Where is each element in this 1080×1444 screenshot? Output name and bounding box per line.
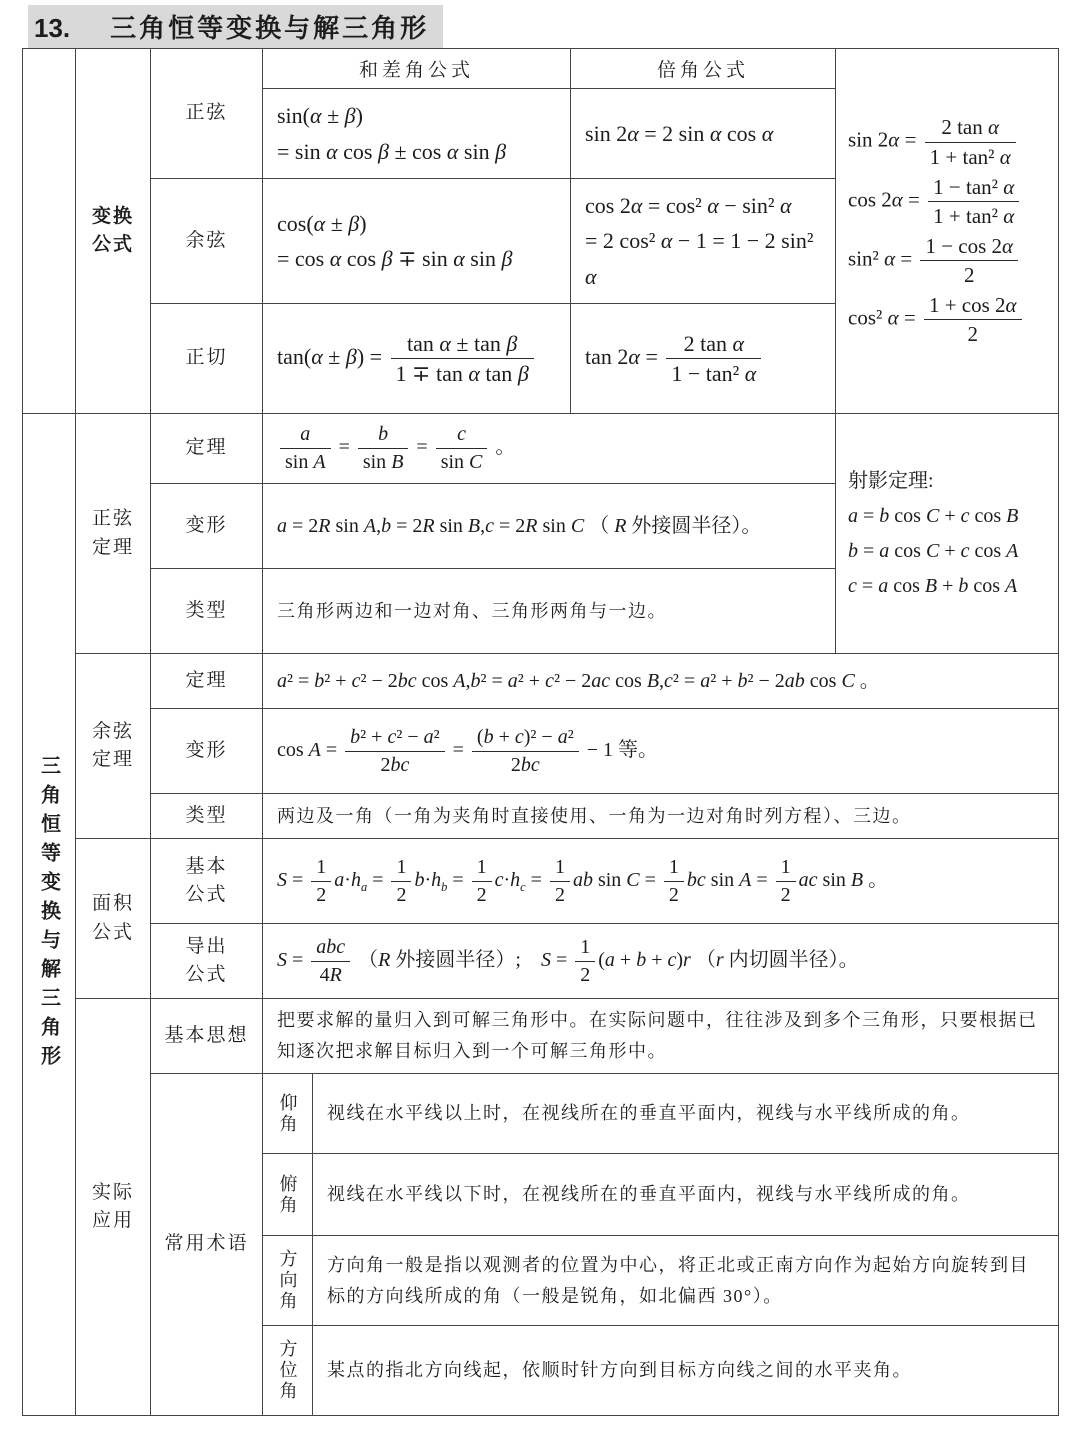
row-label-transform-formulas: 变换 公式 — [76, 49, 151, 414]
cell-elevation-angle-text: 视线在水平线以上时，在视线所在的垂直平面内，视线与水平线所成的角。 — [313, 1074, 1059, 1154]
row-label-area-formulas: 面积 公式 — [76, 839, 151, 999]
side-title-vertical: 三角恒等变换与解三角形 — [23, 414, 76, 1416]
cell-cosine-law-theorem: a² = b² + c² − 2bc cos A,b² = a² + c² − … — [263, 654, 1059, 709]
row-label-basic-idea: 基本思想 — [151, 999, 263, 1074]
row-label-tangent: 正切 — [151, 304, 263, 414]
row-label-practical-application: 实际 应用 — [76, 999, 151, 1416]
cell-cosine-sum-formula: cos(α ± β)= cos α cos β ∓ sin α sin β — [263, 179, 571, 304]
cell-depression-angle-text: 视线在水平线以下时，在视线所在的垂直平面内，视线与水平线所成的角。 — [313, 1154, 1059, 1236]
cell-sine-law-types: 三角形两边和一边对角、三角形两角与一边。 — [263, 569, 836, 654]
cell-projection-theorem: 射影定理:a = b cos C + c cos Bb = a cos C + … — [836, 414, 1059, 654]
term-label-elevation-angle: 仰角 — [263, 1074, 313, 1154]
corner-empty-cell — [23, 49, 76, 414]
row-label-cosine: 余弦 — [151, 179, 263, 304]
cell-sine-law-theorem: asin A = bsin B = csin C 。 — [263, 414, 836, 484]
cell-area-basic-formula: S = 12a·ha = 12b·hb = 12c·hc = 12ab sin … — [263, 839, 1059, 924]
cell-tangent-sum-formula: tan(α ± β) = tan α ± tan β1 ∓ tan α tan … — [263, 304, 571, 414]
row-label-sine-law-variant: 变形 — [151, 484, 263, 569]
term-label-azimuth-angle: 方位角 — [263, 1326, 313, 1416]
formula-table: 变换 公式 正弦 和差角公式 倍角公式 sin 2α = 2 tan α1 + … — [22, 48, 1059, 1416]
row-label-common-terms: 常用术语 — [151, 1074, 263, 1416]
section-title-text: 三角恒等变换与解三角形 — [110, 8, 429, 45]
row-label-sine-law-types: 类型 — [151, 569, 263, 654]
header-double-angle-formulas: 倍角公式 — [571, 49, 836, 89]
term-label-depression-angle: 俯角 — [263, 1154, 313, 1236]
cell-tangent-double-formula: tan 2α = 2 tan α1 − tan² α — [571, 304, 836, 414]
cell-sine-double-formula: sin 2α = 2 sin α cos α — [571, 89, 836, 179]
page: { "page_title": { "number": "13.", "text… — [0, 8, 1080, 1444]
cell-azimuth-angle-text: 某点的指北方向线起，依顺时针方向到目标方向线之间的水平夹角。 — [313, 1326, 1059, 1416]
cell-universal-substitution-formulas: sin 2α = 2 tan α1 + tan² αcos 2α = 1 − t… — [836, 49, 1059, 414]
term-label-direction-angle: 方向角 — [263, 1236, 313, 1326]
header-sum-diff-formulas: 和差角公式 — [263, 49, 571, 89]
row-label-cosine-law-variant: 变形 — [151, 709, 263, 794]
page-title: 13. 三角恒等变换与解三角形 — [28, 8, 1080, 44]
page-title-highlight: 13. 三角恒等变换与解三角形 — [28, 5, 443, 48]
row-label-area-basic: 基本 公式 — [151, 839, 263, 924]
row-label-sine: 正弦 — [151, 49, 263, 179]
cell-cosine-double-formula: cos 2α = cos² α − sin² α= 2 cos² α − 1 =… — [571, 179, 836, 304]
row-label-cosine-law-theorem: 定理 — [151, 654, 263, 709]
cell-direction-angle-text: 方向角一般是指以观测者的位置为中心，将正北或正南方向作为起始方向旋转到目标的方向… — [313, 1236, 1059, 1326]
row-label-sine-law-theorem: 定理 — [151, 414, 263, 484]
section-number: 13. — [34, 13, 70, 44]
cell-cosine-law-variant: cos A = b² + c² − a²2bc = (b + c)² − a²2… — [263, 709, 1059, 794]
cell-sine-law-variant: a = 2R sin A,b = 2R sin B,c = 2R sin C （… — [263, 484, 836, 569]
cell-sine-sum-formula: sin(α ± β)= sin α cos β ± cos α sin β — [263, 89, 571, 179]
row-label-sine-law: 正弦 定理 — [76, 414, 151, 654]
row-label-cosine-law-types: 类型 — [151, 794, 263, 839]
cell-basic-idea-text: 把要求解的量归入到可解三角形中。在实际问题中，往往涉及到多个三角形，只要根据已知… — [263, 999, 1059, 1074]
row-label-cosine-law: 余弦 定理 — [76, 654, 151, 839]
row-label-area-derived: 导出 公式 — [151, 924, 263, 999]
cell-area-derived-formula: S = abc4R （R 外接圆半径）; S = 12(a + b + c)r … — [263, 924, 1059, 999]
cell-cosine-law-types: 两边及一角（一角为夹角时直接使用、一角为一边对角时列方程）、三边。 — [263, 794, 1059, 839]
